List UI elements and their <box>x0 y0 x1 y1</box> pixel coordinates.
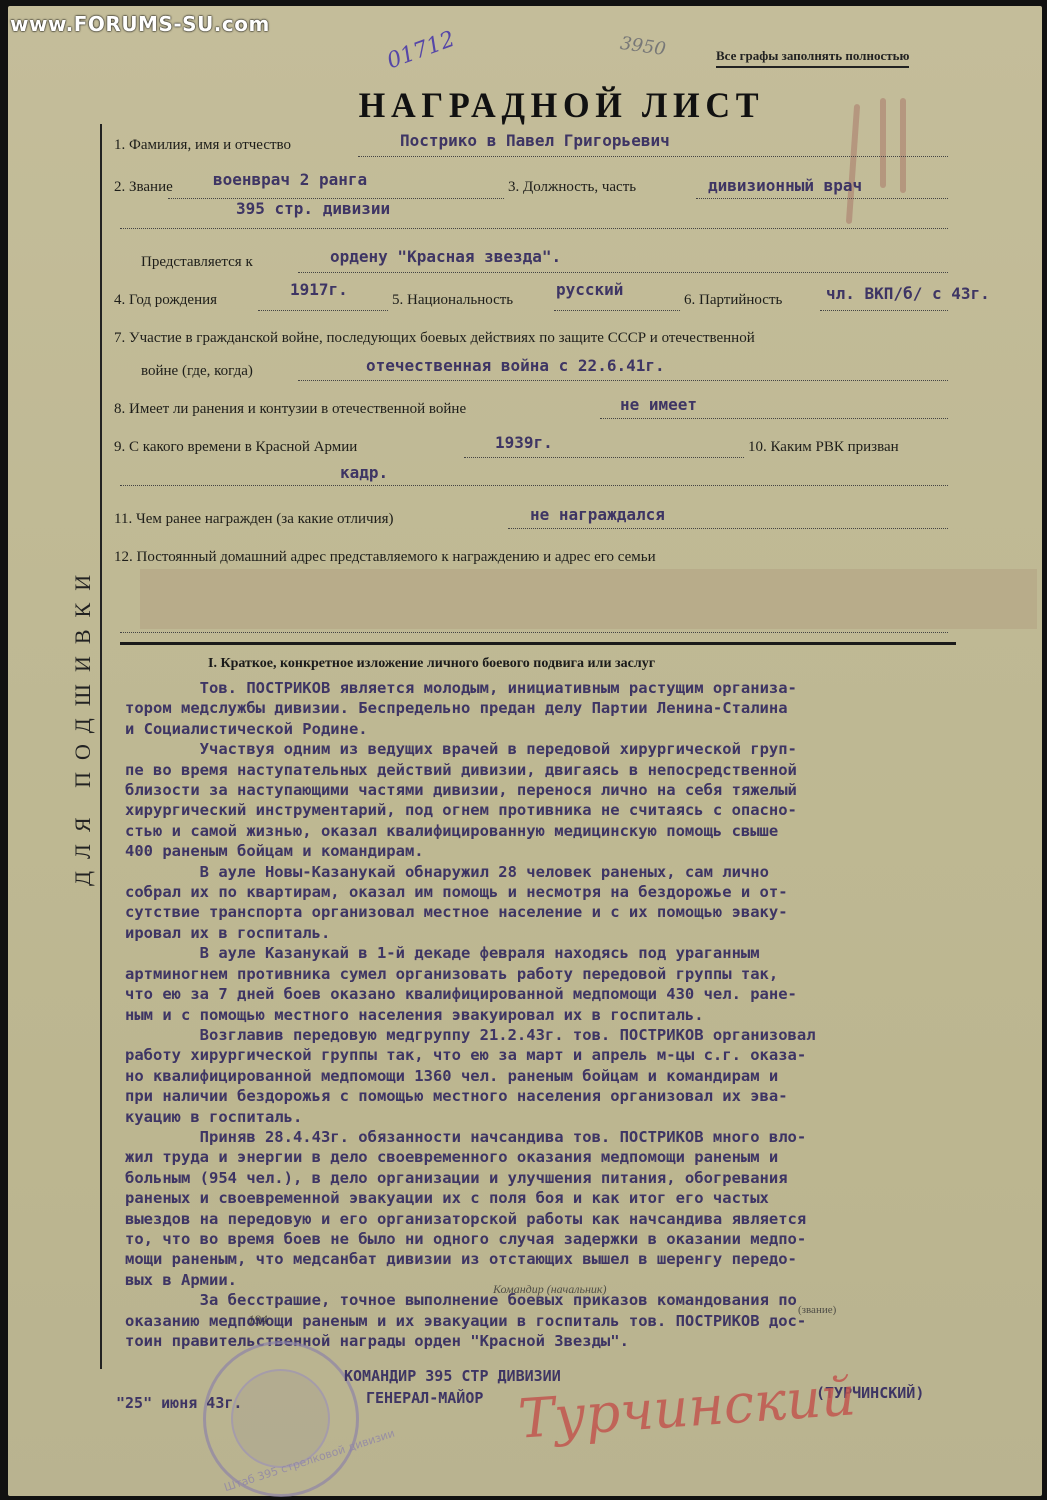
signature-date: "25" июня 43г. <box>116 1394 242 1412</box>
field-2-label: 2. Звание <box>114 179 173 196</box>
field-1-label: 1. Фамилия, имя и отчество <box>114 137 291 154</box>
paragraph: В ауле Казанукай в 1-й декаде февраля на… <box>125 943 1047 1025</box>
field-3-label: 3. Должность, часть <box>508 179 636 196</box>
field-9-value: 1939г. <box>495 433 553 452</box>
redacted-address <box>140 569 1037 629</box>
field-7-label: 7. Участие в гражданской войне, последую… <box>114 330 755 347</box>
document-title: НАГРАДНОЙ ЛИСТ <box>359 84 765 126</box>
field-1-line <box>358 156 948 157</box>
field-12-line <box>120 632 948 633</box>
commander-rank: ГЕНЕРАЛ-МАЙОР <box>366 1389 483 1407</box>
award-sheet: ДЛЯ ПОДШИВКИ 01712 3950 Все графы заполн… <box>8 6 1042 1496</box>
form-commander-label: Командир (начальник) <box>493 1282 607 1297</box>
field-3-value-unit: 395 стр. дивизии <box>236 199 390 218</box>
paragraph: Тов. ПОСТРИКОВ является молодым, инициат… <box>125 678 1047 739</box>
presented-label: Представляется к <box>141 254 253 271</box>
field-6-label: 6. Партийность <box>684 292 782 309</box>
section-divider <box>120 642 956 645</box>
field-11-value: не награждался <box>530 505 665 524</box>
field-7-line <box>298 380 948 381</box>
field-10-label: 10. Каким РВК призван <box>748 439 899 456</box>
field-3-line-2 <box>120 228 948 229</box>
field-4-label: 4. Год рождения <box>114 292 217 309</box>
field-7-value: отечественная война с 22.6.41г. <box>366 356 665 375</box>
red-pencil-mark <box>846 104 860 224</box>
presented-line <box>298 272 948 273</box>
presented-value: ордену "Красная звезда". <box>330 247 561 266</box>
field-8-label: 8. Имеет ли ранения и контузии в отечест… <box>114 401 466 418</box>
commander-signature: Турчинский <box>516 1364 857 1450</box>
field-2-value: военврач 2 ранга <box>213 170 367 189</box>
archive-ink-number: 01712 <box>384 27 458 74</box>
paragraph: Возглавив передовую медгруппу 21.2.43г. … <box>125 1025 1047 1127</box>
binding-label: ДЛЯ ПОДШИВКИ <box>62 526 102 896</box>
field-5-line <box>554 310 680 311</box>
field-10-line <box>120 485 948 486</box>
red-pencil-mark <box>900 98 906 193</box>
field-12-label: 12. Постоянный домашний адрес представля… <box>114 549 656 566</box>
field-9-label: 9. С какого времени в Красной Армии <box>114 439 357 456</box>
field-6-line <box>820 310 948 311</box>
instruction-note: Все графы заполнять полностью <box>716 48 909 68</box>
commander-position: КОМАНДИР 395 СТР ДИВИЗИИ <box>344 1367 561 1385</box>
field-7-label-2: войне (где, когда) <box>141 363 253 380</box>
paragraph: В ауле Новы-Казанукай обнаружил 28 челов… <box>125 862 1047 944</box>
field-5-value: русский <box>556 280 623 299</box>
field-10-value: кадр. <box>340 463 388 482</box>
field-9-line <box>464 457 744 458</box>
paragraph: Участвуя одним из ведущих врачей в перед… <box>125 739 1047 861</box>
field-8-line <box>600 418 948 419</box>
form-year-prefix: 194 <box>248 1312 268 1328</box>
site-watermark: www.FORUMS-SU.com <box>10 12 270 36</box>
paragraph: Приняв 28.4.43г. обязанности начсандива … <box>125 1127 1047 1290</box>
field-3-line <box>696 198 948 199</box>
field-11-label: 11. Чем ранее награжден (за какие отличи… <box>114 511 394 528</box>
binding-label-text: ДЛЯ ПОДШИВКИ <box>70 563 96 886</box>
field-4-value: 1917г. <box>290 280 348 299</box>
field-4-line <box>258 310 388 311</box>
field-1-value: Пострико в Павел Григорьевич <box>400 131 670 150</box>
form-rank-label: (звание) <box>798 1304 836 1316</box>
field-5-label: 5. Национальность <box>392 292 513 309</box>
field-3-value: дивизионный врач <box>708 176 862 195</box>
section-title: I. Краткое, конкретное изложение личного… <box>208 656 655 672</box>
merit-description: Тов. ПОСТРИКОВ является молодым, инициат… <box>125 678 1047 1351</box>
field-8-value: не имеет <box>620 395 697 414</box>
red-pencil-mark <box>880 98 886 188</box>
field-11-line <box>508 528 948 529</box>
field-6-value: чл. ВКП/б/ с 43г. <box>826 284 990 303</box>
archive-pencil-number: 3950 <box>619 33 667 60</box>
